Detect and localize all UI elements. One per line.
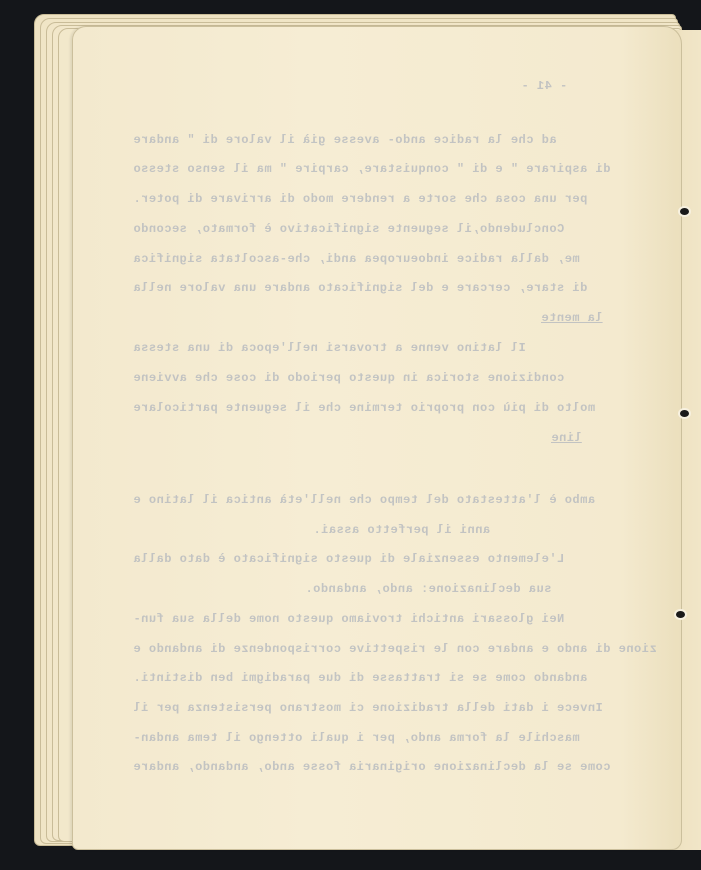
text-line: line xyxy=(551,431,582,445)
text-line: sua declinazione: ando, andando. xyxy=(305,582,551,596)
text-line: molto di più con proprio termine che il … xyxy=(133,401,595,415)
text-line: zione di ando e andare con le rispettive… xyxy=(133,642,657,656)
binder-hole-icon xyxy=(680,208,689,215)
text-line: L'elemento essenziale di questo signific… xyxy=(133,552,564,566)
text-line: Concludendo,il seguente significativo è … xyxy=(133,222,564,236)
mirrored-text-block: - 41 - ad che la radice ando- avesse già… xyxy=(73,27,681,849)
text-line: anni il perfetto assai. xyxy=(313,523,490,537)
text-line: maschile la forma ando, per i quali otte… xyxy=(133,731,580,745)
text-line: Nei glossari antichi troviamo questo nom… xyxy=(133,612,564,626)
text-line: andando come se si trattasse di due para… xyxy=(133,671,587,685)
text-line: la mente xyxy=(541,311,603,325)
text-line: di stare, cercare e del significato anda… xyxy=(133,281,587,295)
text-line: ambo è l'attestato del tempo che nell'et… xyxy=(133,493,595,507)
text-line: per una cosa che sorte a rendere modo di… xyxy=(133,192,587,206)
page-number: - 41 - xyxy=(521,79,567,93)
binder-hole-icon xyxy=(676,611,685,618)
text-line: come se la declinazione originaria fosse… xyxy=(133,760,610,774)
text-line: di aspirare " e di " conquistare, carpir… xyxy=(133,162,610,176)
text-line: Il latino venne a trovarsi nell'epoca di… xyxy=(133,341,526,355)
text-line: Invece i dati della tradizione ci mostra… xyxy=(133,701,603,715)
text-line: me, dalla radice indoeuropea andi, che-a… xyxy=(133,252,580,266)
text-line: ad che la radice ando- avesse già il val… xyxy=(133,133,557,147)
document-page: - 41 - ad che la radice ando- avesse già… xyxy=(72,26,682,850)
binder-hole-icon xyxy=(680,410,689,417)
text-line: condizione storica in questo periodo di … xyxy=(133,371,564,385)
